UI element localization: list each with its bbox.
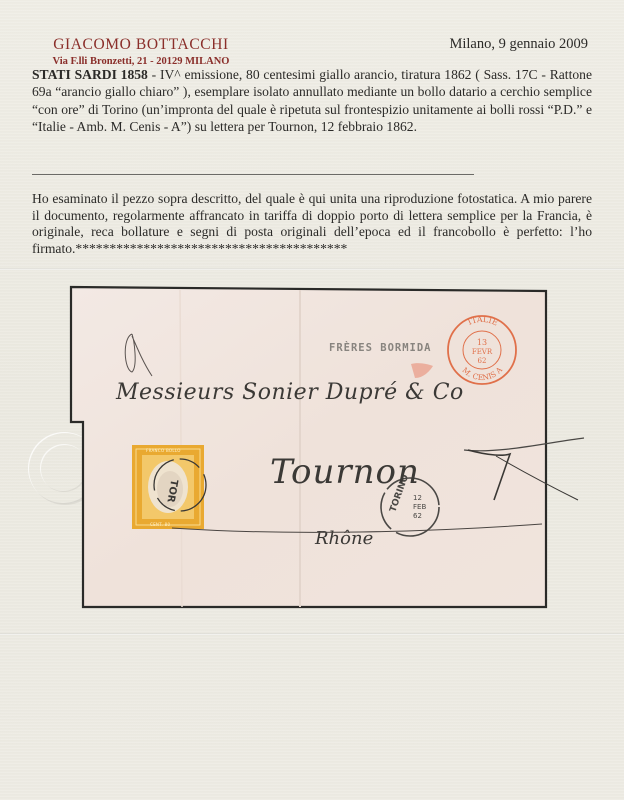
address-salutation: Messieurs Sonier Dupré & Co: [116, 380, 464, 405]
svg-text:FEVR: FEVR: [472, 348, 493, 356]
paper-fold-line-bottom: [0, 633, 624, 635]
straight-line-cancel: FRÈRES BORMIDA: [329, 342, 432, 354]
expert-opinion: Ho esaminato il pezzo sopra descritto, d…: [32, 191, 592, 257]
pd-red-mark: [407, 360, 437, 382]
svg-text:62: 62: [413, 512, 422, 520]
stamp-top-text: FRANCO BOLLO: [146, 448, 181, 453]
red-postmark-italie: ITALIE M. CENIS A 13 FEVR 62: [442, 310, 522, 390]
svg-text:FEB: FEB: [413, 503, 426, 511]
paper-fold-line: [0, 268, 624, 270]
handwritten-rate-mark: [460, 430, 590, 510]
issuer-name: GIACOMO BOTTACCHI: [36, 36, 246, 54]
stamp-bottom-text: CENT. 80: [150, 522, 170, 527]
section-divider: [32, 174, 474, 175]
svg-text:62: 62: [478, 357, 487, 365]
certificate-date: Milano, 9 gennaio 2009: [449, 36, 588, 53]
description-title: STATI SARDI 1858: [32, 67, 148, 82]
issuer-letterhead: GIACOMO BOTTACCHI Via F.lli Bronzetti, 2…: [36, 36, 246, 69]
address-underline: [170, 520, 550, 540]
stamp-description: STATI SARDI 1858 - IV^ emissione, 80 cen…: [32, 66, 592, 135]
address-city: Tournon: [270, 452, 420, 492]
postage-stamp: TOR: [132, 445, 204, 529]
svg-text:12: 12: [413, 494, 422, 502]
svg-text:13: 13: [477, 338, 487, 347]
letter-photocopy: TOR FRANCO BOLLO CENT. 80 FRÈRES BORMIDA…: [70, 290, 544, 607]
handwritten-corner-mark: [118, 330, 158, 380]
